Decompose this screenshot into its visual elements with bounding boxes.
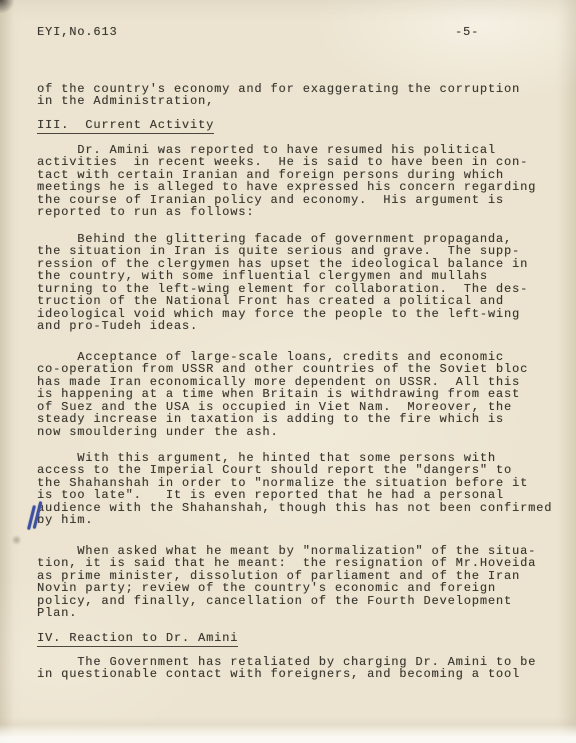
blue-double-slash-annotation-mark	[26, 500, 46, 536]
page-bottom-edge	[0, 717, 576, 743]
section-heading-current-activity-text: III. Current Activity	[37, 119, 214, 134]
section-heading-reaction-to-dr-amini-text: IV. Reaction to Dr. Amini	[37, 632, 238, 647]
document-reference: EYI,No.613	[37, 26, 118, 38]
paragraph-government-retaliation: The Government has retaliated by chargin…	[37, 656, 536, 681]
paragraph-normalization-meaning: When asked what he meant by "normalizati…	[37, 545, 536, 620]
document-page: EYI,No.613 -5- of the country's economy …	[0, 0, 576, 743]
page-number: -5-	[455, 26, 479, 38]
corner-shadow-smudge	[0, 0, 15, 13]
paragraph-intro-continuation: of the country's economy and for exagger…	[37, 83, 520, 108]
paragraph-amini-resumed-activity: Dr. Amini was reported to have resumed h…	[37, 144, 536, 219]
left-edge-speck	[12, 534, 21, 546]
paragraph-government-facade: Behind the glittering facade of governme…	[37, 233, 528, 333]
section-heading-reaction-to-dr-amini: IV. Reaction to Dr. Amini	[37, 632, 238, 647]
section-heading-current-activity: III. Current Activity	[37, 119, 214, 134]
paragraph-ussr-loans: Acceptance of large-scale loans, credits…	[37, 351, 528, 438]
paragraph-imperial-court: With this argument, he hinted that some …	[37, 452, 552, 527]
